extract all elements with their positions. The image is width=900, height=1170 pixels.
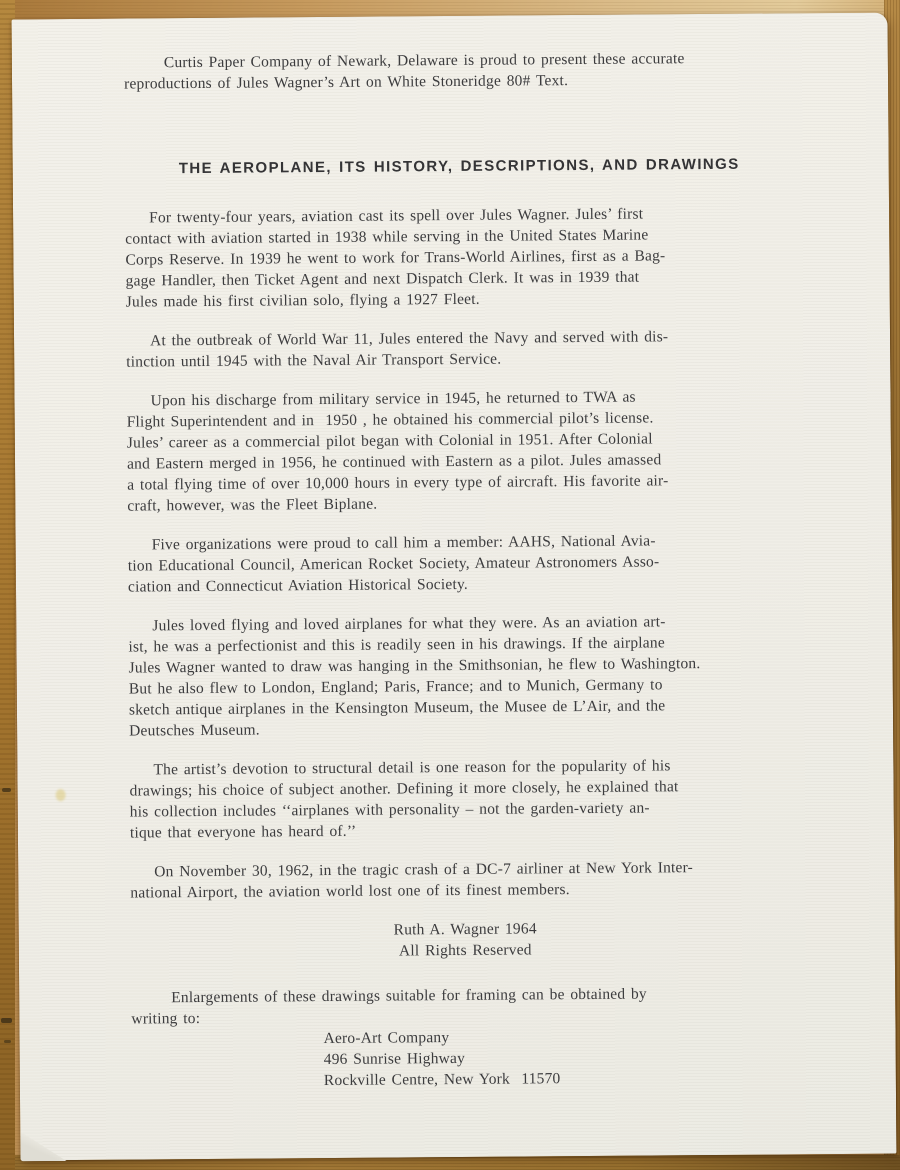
wood-speck <box>4 1040 11 1043</box>
paper-sheet: Curtis Paper Company of Newark, Delaware… <box>12 13 897 1161</box>
paragraph-organizations: Five organizations were proud to call hi… <box>128 529 797 597</box>
text-line: national Airport, the aviation world los… <box>130 877 799 903</box>
text-line: craft, however, was the Fleet Biplane. <box>127 490 796 516</box>
text-line: tinction until 1945 with the Naval Air T… <box>126 346 795 372</box>
typed-document: Curtis Paper Company of Newark, Delaware… <box>124 13 801 1092</box>
paragraph-aviation-artist: Jules loved flying and loved airplanes f… <box>128 610 798 741</box>
document-title: THE AEROPLANE, ITS HISTORY, DESCRIPTIONS… <box>125 153 794 179</box>
wood-speck <box>1 1018 12 1023</box>
signature-block: Ruth A. Wagner 1964All Rights Reserved <box>131 916 800 963</box>
mailing-address: Aero-Art Company496 Sunrise HighwayRockv… <box>323 1024 800 1091</box>
closing-note: Enlargements of these drawings suitable … <box>131 982 800 1029</box>
paper-corner-fold <box>20 1131 66 1161</box>
text-line: Deutsches Museum. <box>129 715 798 741</box>
paragraph-structural-detail: The artist’s devotion to structural deta… <box>129 754 799 843</box>
text-line: reproductions of Jules Wagner’s Art on W… <box>124 68 793 94</box>
wood-speck <box>2 788 11 792</box>
text-line: tique that everyone has heard of.’’ <box>130 817 799 843</box>
paragraph-career-start: For twenty-four years, aviation cast its… <box>125 202 795 312</box>
paragraph-commercial-pilot: Upon his discharge from military service… <box>126 385 796 516</box>
paragraph-world-war: At the outbreak of World War 11, Jules e… <box>126 325 795 372</box>
text-line: All Rights Reserved <box>131 937 800 963</box>
text-line: Rockville Centre, New York 11570 <box>324 1066 801 1091</box>
paragraph-crash: On November 30, 1962, in the tragic cras… <box>130 856 799 903</box>
publisher-note: Curtis Paper Company of Newark, Delaware… <box>124 47 793 94</box>
text-line: Jules made his first civilian solo, flyi… <box>126 286 795 312</box>
paper-stain <box>56 789 66 801</box>
text-line: ciation and Connecticut Aviation Histori… <box>128 571 797 597</box>
